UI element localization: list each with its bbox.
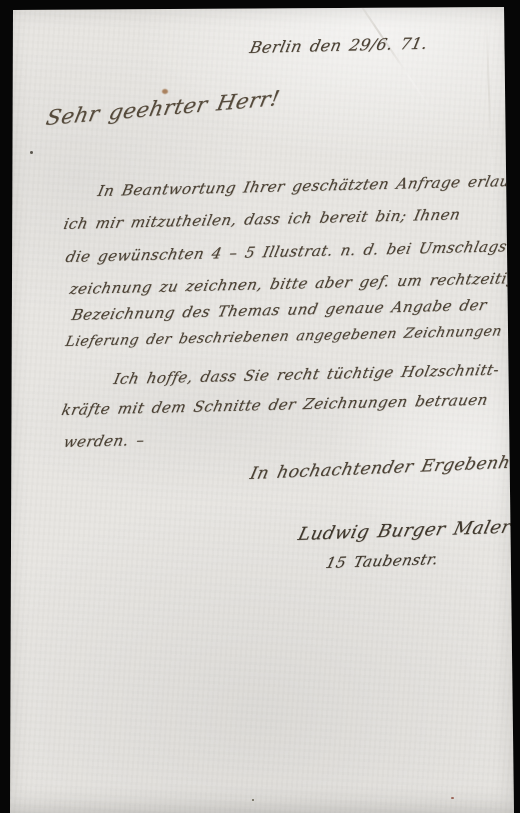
paper-speck <box>451 797 454 799</box>
paper-crease <box>352 0 438 118</box>
paper-speck <box>252 799 254 801</box>
body-line: Lieferung der beschriebenen angegebenen … <box>64 323 520 350</box>
body-line: Bezeichnung des Themas und genaue Angabe… <box>70 296 489 324</box>
letter-paper: Berlin den 29/6. 71. Sehr geehrter Herr!… <box>0 0 520 813</box>
body-line: kräfte mit dem Schnitte der Zeichnungen … <box>60 391 490 419</box>
body-line: ich mir mitzutheilen, dass ich bereit bi… <box>62 205 462 233</box>
body-line: die gewünschten 4 – 5 Illustrat. n. d. b… <box>64 237 514 266</box>
dateline: Berlin den 29/6. 71. <box>248 34 430 57</box>
signature-name: Ludwig Burger Maler <box>296 517 513 545</box>
paper-speck <box>508 185 512 189</box>
ink-stain <box>162 89 168 94</box>
paper-speck <box>506 60 509 63</box>
paper-crease <box>485 18 494 228</box>
paper-speck <box>30 151 33 154</box>
body-line: werden. – <box>62 431 146 451</box>
body-line: Ich hoffe, dass Sie recht tüchtige Holzs… <box>112 361 501 388</box>
signature-address: 15 Taubenstr. <box>324 550 440 572</box>
closing-formula: In hochachtender Ergebenheit <box>248 452 520 484</box>
salutation: Sehr geehrter Herr! <box>44 86 282 130</box>
body-line: zeichnung zu zeichnen, bitte aber gef. u… <box>68 269 520 298</box>
body-line: In Beantwortung Ihrer geschätzten Anfrag… <box>96 172 520 200</box>
